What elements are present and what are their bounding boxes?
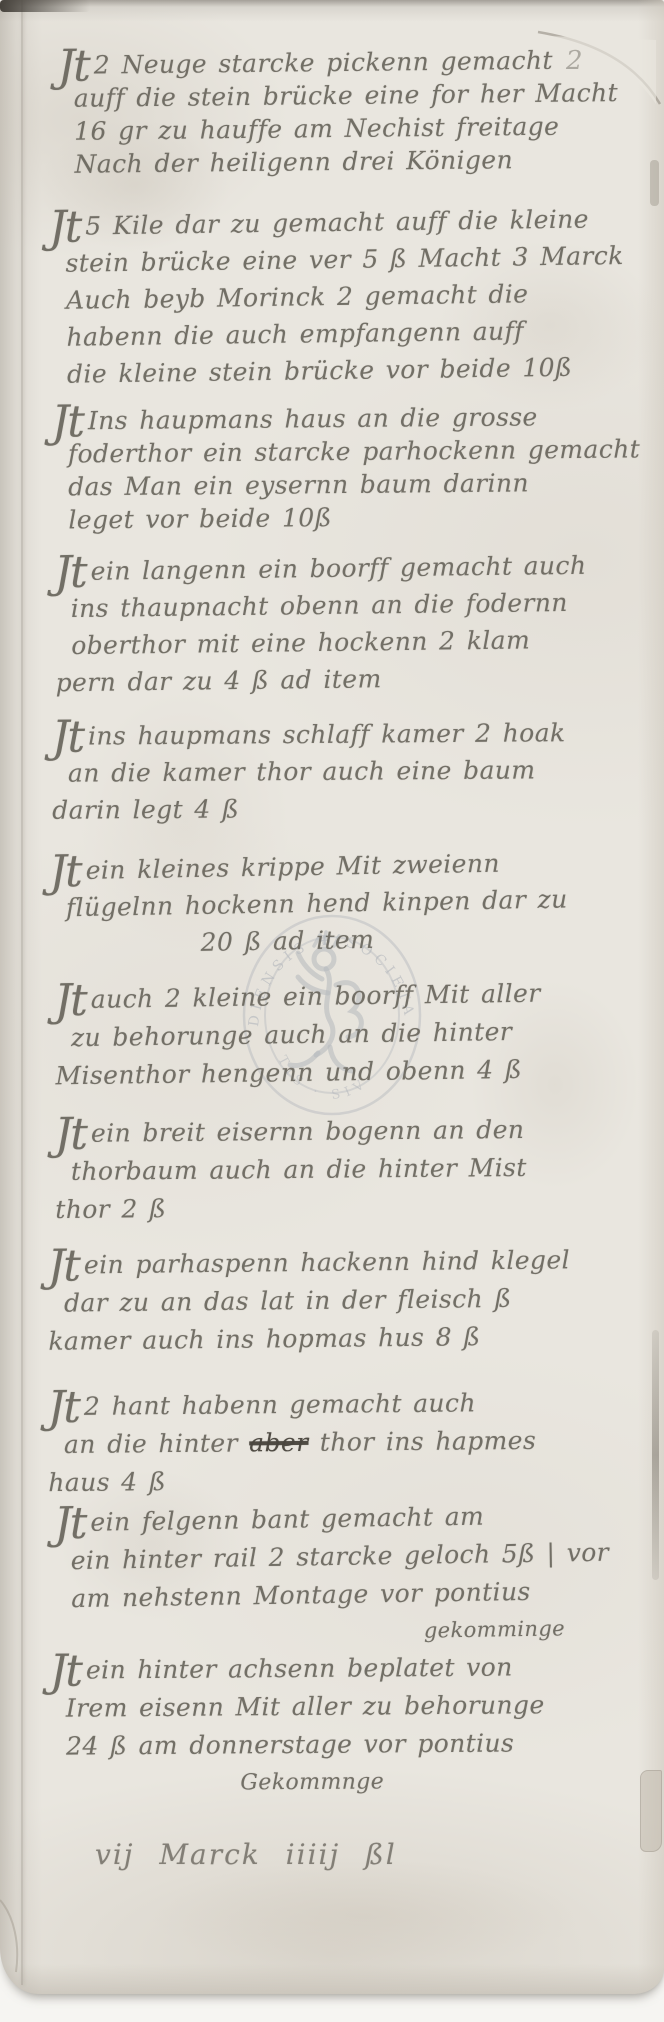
entry-text: 2 Neuge starcke pickenn gemacht (94, 46, 553, 80)
entry-initial: Jt (49, 1646, 81, 1697)
entry-text: ein felgenn bant gemacht am (90, 1502, 484, 1537)
manuscript-line: oberthor mit eine hockenn 2 klam (71, 623, 587, 666)
manuscript-entry-4: Jtein langenn ein boorff gemacht auch in… (54, 549, 588, 703)
manuscript-line: Nach der heiligenn drei Königen (74, 142, 618, 181)
manuscript-line: 24 ß am donnerstage vor pontius (66, 1726, 545, 1767)
entry-initial: Jt (52, 712, 84, 763)
manuscript-line: an die hinter aber thor ins hapmes (64, 1424, 536, 1466)
sum-line: vij Marck iiiij ßl (95, 1838, 397, 1871)
entry-text: 5 Kile dar zu gemacht auff die kleine (85, 204, 589, 240)
manuscript-entry-6: Jtein kleines krippe Mit zweienn flügeln… (49, 845, 569, 965)
entry-initial: Jt (54, 1109, 86, 1160)
manuscript-entry-1: Jt2 Neuge starcke pickenn gemacht auff d… (57, 43, 619, 181)
manuscript-line: thor 2 ß (55, 1189, 527, 1231)
manuscript-line: leget vor beide 10ß (68, 498, 641, 536)
struck-word: aber (249, 1428, 309, 1458)
paper-edge-tear (640, 1770, 662, 1852)
manuscript-entry-9: Jtein parhaspenn hackenn hind klegel dar… (47, 1243, 571, 1362)
entry-text: ins haupmans schlaff kamer 2 hoak (88, 718, 566, 750)
entry-text: an die hinter (64, 1428, 249, 1459)
manuscript-line: an die kamer thor auch eine baum (68, 753, 566, 793)
entry-initial: Jt (47, 1382, 79, 1433)
entry-text: auch 2 kleine ein boorff Mit aller (91, 979, 541, 1014)
manuscript-entry-7: Jtauch 2 kleine ein boorff Mit aller zu … (54, 977, 542, 1098)
paper-crease (21, 0, 23, 1985)
manuscript-line: Jtein parhaspenn hackenn hind klegel (47, 1243, 570, 1286)
paper-edge-tear (652, 1330, 659, 1580)
manuscript-line: 20 ß ad item (200, 919, 568, 962)
entry-initial: Jt (49, 846, 81, 898)
manuscript-line: foderthor ein starcke parhockenn gemacht (68, 432, 641, 470)
entry-side-note: gekomminge (424, 1612, 611, 1653)
entry-text: ein breit eisernn bogenn an den (91, 1115, 525, 1148)
manuscript-line: kamer auch ins hopmas hus 8 ß (48, 1319, 571, 1362)
manuscript-line: die kleine stein brücke vor beide 10ß (67, 350, 626, 395)
manuscript-line: thorbaum auch an die hinter Mist (71, 1151, 527, 1193)
manuscript-line: pern dar zu 4 ß ad item (55, 660, 587, 703)
manuscript-line: haus 4 ß (48, 1462, 536, 1504)
entry-initial: Jt (54, 975, 86, 1026)
paper-edge-tear (650, 160, 659, 206)
entry-text: ein kleines krippe Mit zweienn (85, 849, 500, 885)
scanned-manuscript: { "page": { "folio_number": "2", "paper_… (0, 0, 664, 2022)
manuscript-entry-12: Jtein hinter achsenn beplatet von Irem e… (49, 1650, 545, 1805)
entry-text: ein langenn ein boorff gemacht auch (90, 551, 586, 586)
manuscript-line: ins thaupnacht obenn an die fodernn (71, 586, 587, 629)
manuscript-line: Misenthor hengenn und obenn 4 ß (55, 1053, 542, 1098)
entry-initial: Jt (54, 1498, 86, 1549)
entry-initial: Jt (49, 202, 81, 253)
entry-initial: Jt (47, 1240, 79, 1291)
manuscript-line: zu behorunge auch an die hinter (71, 1015, 542, 1060)
manuscript-entry-10: Jt2 hant habenn gemacht auch an die hint… (48, 1386, 537, 1504)
manuscript-line: Jtein breit eisernn bogenn an den (55, 1113, 527, 1155)
manuscript-line: darin legt 4 ß (52, 790, 566, 831)
manuscript-entry-11: Jtein felgenn bant gemacht am ein hinter… (54, 1498, 611, 1659)
paper-edge-shadow (0, 0, 90, 12)
manuscript-line: Jtein hinter achsenn beplatet von (49, 1650, 544, 1691)
manuscript-line: 16 gr zu hauffe am Nechist freitage (74, 109, 618, 148)
manuscript-entry-8: Jtein breit eisernn bogenn an den thorba… (55, 1113, 528, 1231)
manuscript-line: Irem eisenn Mit aller zu behorunge (66, 1688, 545, 1729)
entry-text: Ins haupmans haus an die grosse (88, 402, 538, 435)
entry-text: 2 hant habenn gemacht auch (84, 1388, 476, 1420)
manuscript-entry-2: Jt5 Kile dar zu gemacht auff die kleine … (49, 202, 626, 395)
manuscript-line: Jtins haupmans schlaff kamer 2 hoak (52, 716, 566, 757)
manuscript-line: Jt2 hant habenn gemacht auch (48, 1386, 536, 1428)
entry-text: ein parhaspenn hackenn hind klegel (84, 1245, 570, 1279)
manuscript-line: JtIns haupmans haus an die grosse (51, 399, 640, 437)
entry-text: ein hinter achsenn beplatet von (86, 1652, 513, 1684)
manuscript-entry-5: Jtins haupmans schlaff kamer 2 hoak an d… (52, 716, 567, 831)
entry-text: thor ins hapmes (308, 1426, 536, 1457)
entry-side-note: Gekommnge (240, 1764, 545, 1804)
entry-initial: Jt (54, 547, 86, 598)
manuscript-line: dar zu an das lat in der fleisch ß (64, 1281, 571, 1324)
manuscript-line: das Man ein eysernn baum darinn (68, 465, 641, 503)
manuscript-entry-3: JtIns haupmans haus an die grosse fodert… (51, 399, 640, 536)
